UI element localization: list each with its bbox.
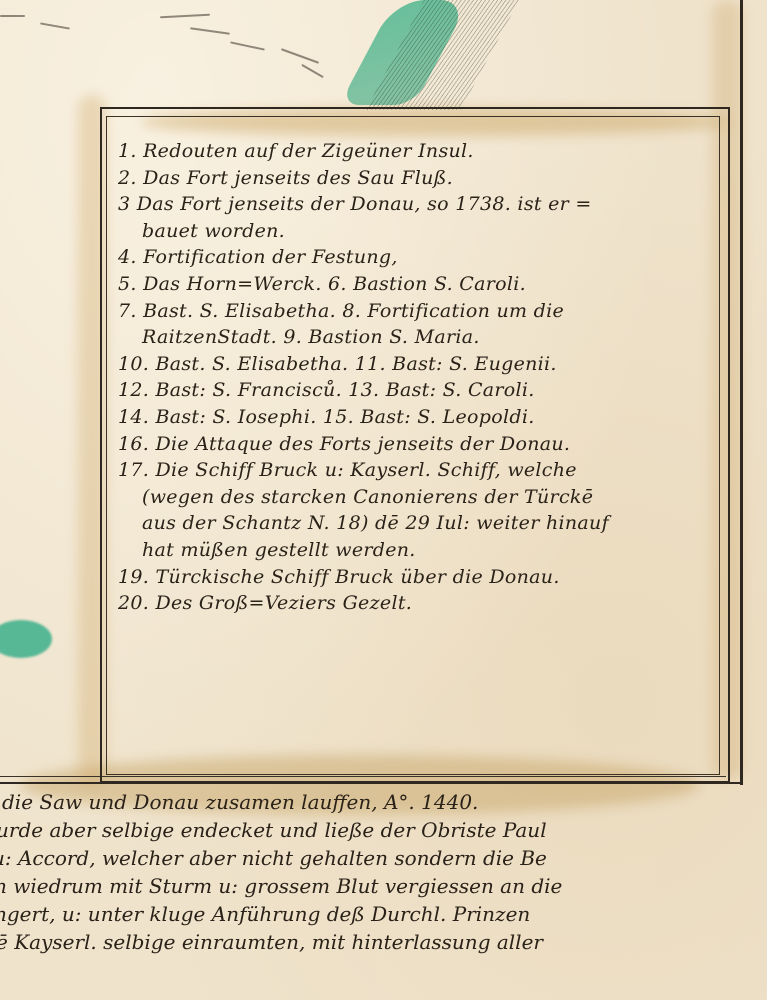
map-legend: 1. Redouten auf der Zigeüner Insul. 2. D… [118, 138, 718, 617]
legend-entry: 3 Das Fort jenseits der Donau, so 1738. … [118, 191, 718, 218]
description-line: u: Accord, welcher aber nicht gehalten s… [0, 844, 767, 872]
description-line: ē Kayserl. selbige einraumten, mit hinte… [0, 928, 767, 956]
map-description-text: die Saw und Donau zusamen lauffen, A°. 1… [0, 788, 767, 956]
legend-entry: 4. Fortification der Festung, [118, 244, 718, 271]
legend-entry-continuation: (wegen des starcken Canonierens der Türc… [118, 484, 718, 511]
legend-entry: 17. Die Schiff Bruck u: Kayserl. Schiff,… [118, 457, 718, 484]
description-line: ngert, u: unter kluge Anführung deß Durc… [0, 900, 767, 928]
legend-entry: 20. Des Groß=Veziers Gezelt. [118, 590, 718, 617]
legend-entry-continuation: RaitzenStadt. 9. Bastion S. Maria. [118, 324, 718, 351]
legend-entry: 10. Bast. S. Elisabetha. 11. Bast: S. Eu… [118, 351, 718, 378]
description-line: die Saw und Donau zusamen lauffen, A°. 1… [0, 788, 767, 816]
description-line: urde aber selbige endecket und ließe der… [0, 816, 767, 844]
legend-entry: 19. Türckische Schiff Bruck über die Don… [118, 564, 718, 591]
legend-entry: 16. Die Attaque des Forts jenseits der D… [118, 431, 718, 458]
engraved-sketch-line [40, 22, 70, 29]
legend-entry: 5. Das Horn=Werck. 6. Bastion S. Caroli. [118, 271, 718, 298]
legend-entry: 14. Bast: S. Iosephi. 15. Bast: S. Leopo… [118, 404, 718, 431]
description-line: n wiedrum mit Sturm u: grossem Blut verg… [0, 872, 767, 900]
legend-entry: 12. Bast: S. Francisců. 13. Bast: S. Car… [118, 377, 718, 404]
map-border-right [740, 0, 743, 785]
engraved-sketch-line [230, 41, 265, 50]
engraved-sketch-line [301, 64, 324, 78]
legend-entry-continuation: bauet worden. [118, 218, 718, 245]
engraved-sketch-line [281, 48, 319, 64]
hand-colored-green-patch-left [0, 620, 52, 658]
legend-entry: 1. Redouten auf der Zigeüner Insul. [118, 138, 718, 165]
engraved-sketch-line [190, 27, 230, 35]
legend-entry: 7. Bast. S. Elisabetha. 8. Fortification… [118, 298, 718, 325]
engraved-sketch-line [0, 15, 25, 17]
legend-entry-continuation: aus der Schantz N. 18) dē 29 Iul: weiter… [118, 510, 718, 537]
legend-entry: 2. Das Fort jenseits des Sau Fluß. [118, 165, 718, 192]
engraved-sketch-line [160, 14, 210, 19]
legend-entry-continuation: hat müßen gestellt werden. [118, 537, 718, 564]
